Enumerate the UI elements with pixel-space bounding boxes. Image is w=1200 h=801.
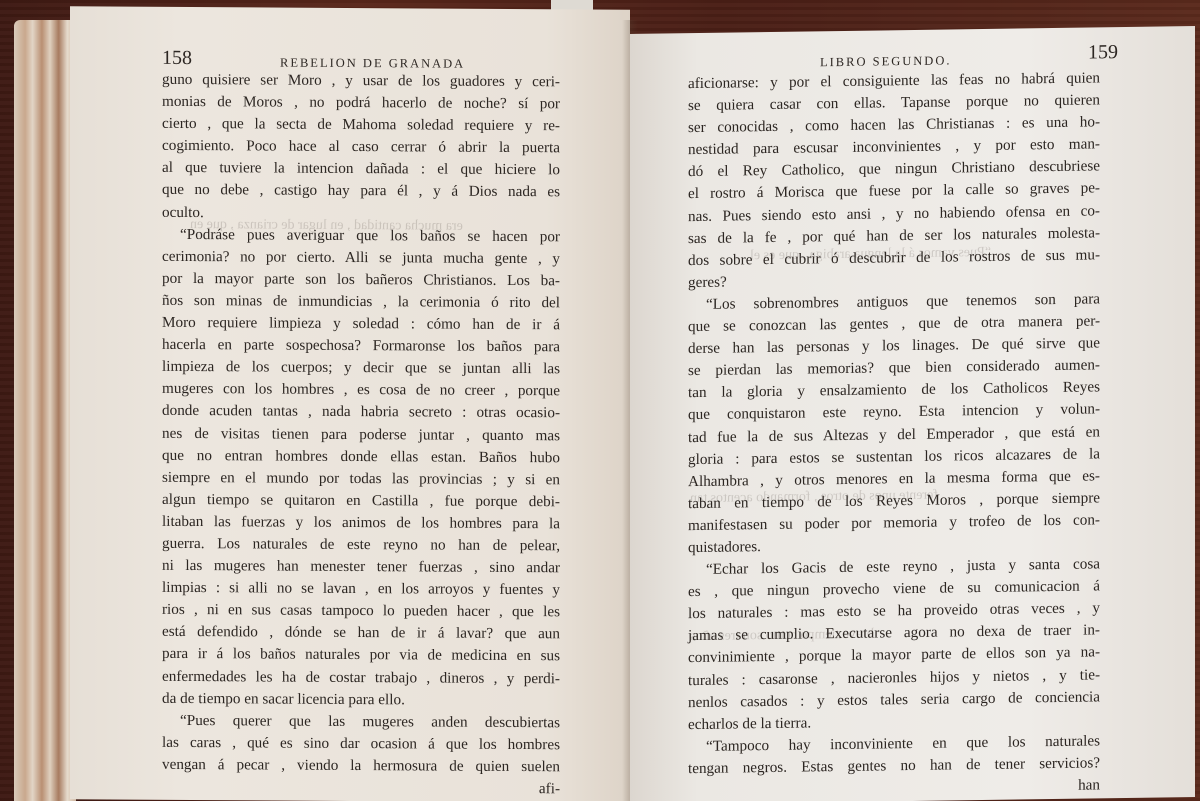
text-line: algun tiempo se quitaron en Castilla , f…	[162, 489, 560, 514]
text-line: que no entran hombres donde ellas estan.…	[162, 444, 560, 469]
text-line: hacerla en parte sospechosa? Formaronse …	[162, 334, 560, 359]
text-line: al que tuviere la intencion dañada : el …	[162, 157, 560, 182]
text-line: oculto.	[162, 201, 560, 226]
text-line: las caras , qué es sino dar ocasion á qu…	[162, 732, 560, 757]
text-line: da de tiempo en sacar licencia para ello…	[162, 687, 560, 712]
text-line: nes de visitas tienen para poderse junta…	[162, 422, 560, 447]
text-line: limpias : si alli no se lavan , en los a…	[162, 577, 560, 602]
text-line: Moro requiere limpieza y soledad : cómo …	[162, 312, 560, 337]
text-line: litaban las fuerzas y los animos de los …	[162, 511, 560, 536]
paragraph-start-line: “Podráse pues averiguar que los baños se…	[162, 224, 560, 249]
text-line: rios , ni en sus casas tampoco lo pueden…	[162, 599, 560, 624]
text-line: ños son minas de inmundicias , la cerimo…	[162, 290, 560, 315]
text-line: donde acuden tantas , nada habria secret…	[162, 400, 560, 425]
text-line: monias de Moros , no podrá hacerlo de no…	[162, 91, 560, 116]
text-line: está defendido , dónde se han de ir á la…	[162, 621, 560, 646]
text-line: vengan á pecar , viendo la hermosura de …	[162, 754, 560, 779]
right-page-number: 159	[1088, 41, 1118, 64]
right-page: LIBRO SEGUNDO. 159 “Pues vamos á la leng…	[630, 26, 1195, 801]
text-line: siempre en el mundo por todas las provin…	[162, 467, 560, 492]
text-line: que no debe , castigo hay para él , y á …	[162, 179, 560, 204]
text-line: mugeres con los hombres , es cosa de no …	[162, 378, 560, 403]
text-line: cogimiento. Poco hace al caso cerrar ó a…	[162, 135, 560, 160]
text-line: enfermedades les ha de costar trabajo , …	[162, 665, 560, 690]
paragraph-start-line: “Pues querer que las mugeres anden descu…	[162, 710, 560, 735]
right-page-body: aficionarse: y por el consiguiente las f…	[688, 67, 1100, 801]
text-line: limpieza de los cuerpos; y decir que se …	[162, 356, 560, 381]
text-line: para ir á los baños naturales por via de…	[162, 643, 560, 668]
left-page-body: guno quisiere ser Moro , y usar de los g…	[162, 69, 560, 801]
text-line: guerra. Los naturales de este reyno no h…	[162, 533, 560, 558]
text-line: ni las mugeres han menester tener fuerza…	[162, 555, 560, 580]
text-line: por la mayor parte son los bañeros Chris…	[162, 268, 560, 293]
catchword: afi-	[162, 776, 560, 801]
text-line: cerimonia? no por cierto. Alli se junta …	[162, 246, 560, 271]
text-line: guno quisiere ser Moro , y usar de los g…	[162, 69, 560, 94]
text-line: cierto , que la secta de Mahoma soledad …	[162, 113, 560, 138]
right-running-head: LIBRO SEGUNDO.	[820, 53, 951, 70]
left-page-number: 158	[162, 47, 192, 70]
left-page: 158 REBELION DE GRANADA era mucha cantid…	[70, 6, 630, 801]
book-page-edges	[14, 20, 76, 801]
